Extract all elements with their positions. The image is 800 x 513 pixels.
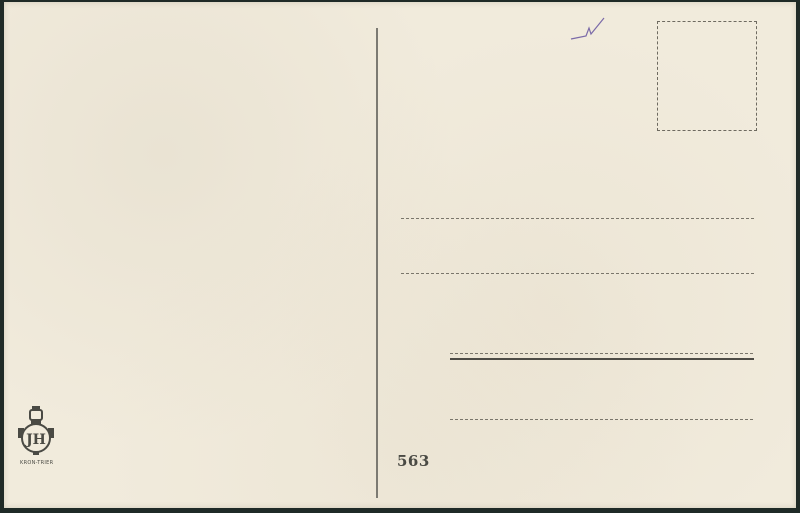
address-line-1 [401,218,754,219]
pen-scribble-icon [568,14,614,44]
center-divider-line [376,28,378,498]
svg-text:JH: JH [24,432,46,448]
address-line-3-dashed [450,353,753,354]
crown-monogram-icon: JH [16,404,56,456]
stamp-placeholder-box [657,21,757,131]
publisher-caption: KRON-TRIER [20,460,53,466]
address-line-4 [450,419,753,420]
card-number: 563 [397,452,430,470]
address-line-3-underline [450,358,754,360]
address-line-2 [401,273,754,274]
postcard-back: 563 JH KRON-TRIER [4,2,796,508]
